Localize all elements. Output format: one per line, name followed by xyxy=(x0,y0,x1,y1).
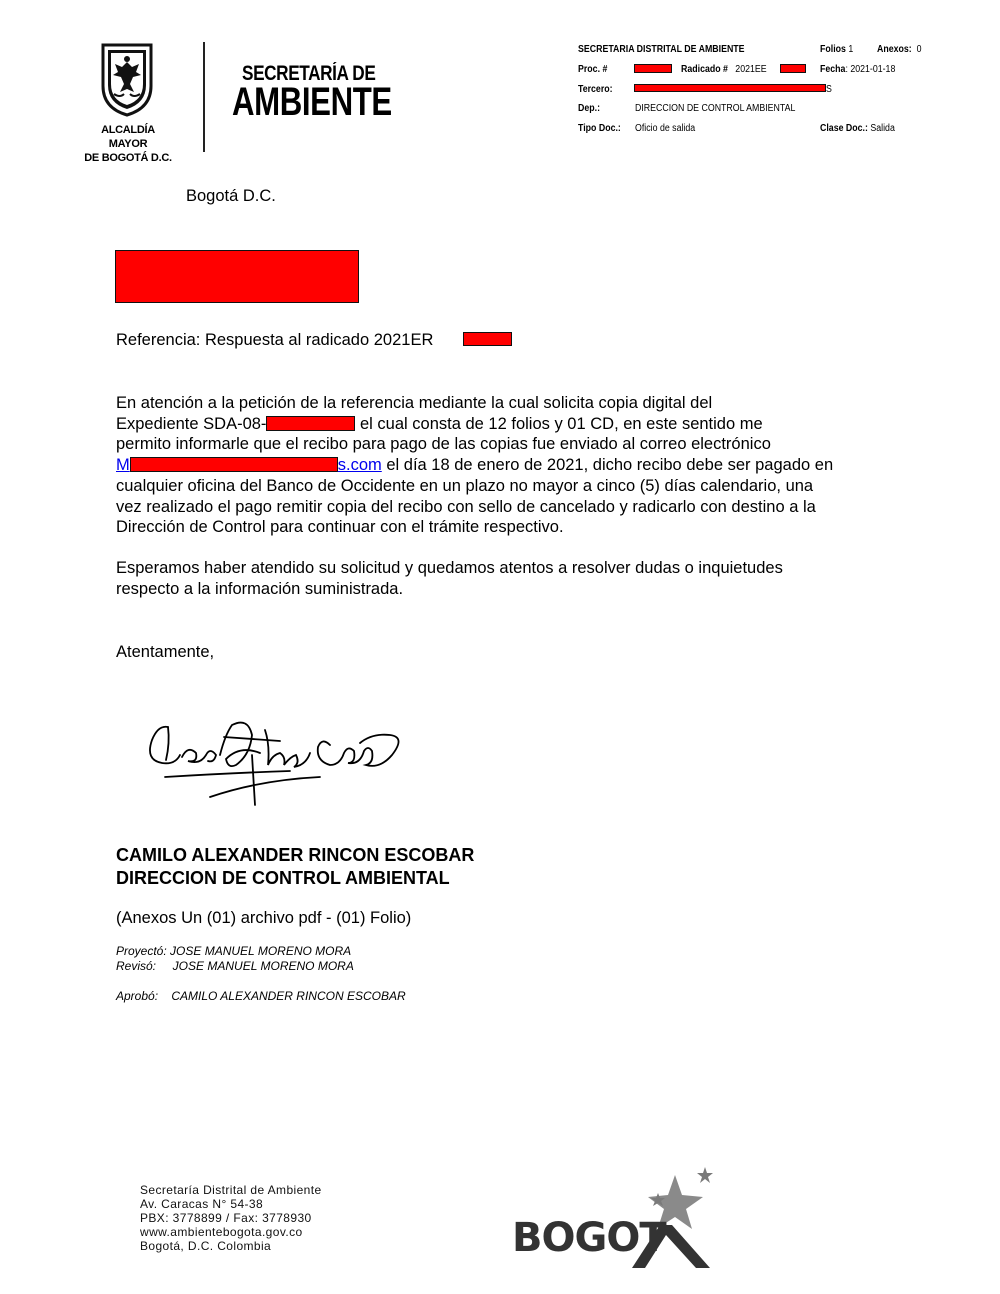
email-link[interactable]: Ms.com xyxy=(116,456,382,474)
p1-line6: vez realizado el pago remitir copia del … xyxy=(116,497,833,518)
redaction-proc xyxy=(634,64,672,73)
meta-clase-doc: Clase Doc.: Salida xyxy=(820,123,895,134)
review-block: Proyectó: JOSE MANUEL MORENO MORA Revisó… xyxy=(116,944,354,974)
proyecto-line: Proyectó: JOSE MANUEL MORENO MORA xyxy=(116,944,354,959)
p1-line2: Expediente SDA-08- el cual consta de 12 … xyxy=(116,414,833,435)
handwritten-signature-icon xyxy=(140,715,430,810)
alcaldia-line2: DE BOGOTÁ D.C. xyxy=(82,151,174,165)
secretaria-logo-line2: AMBIENTE xyxy=(232,80,392,125)
p1-line3: permito informarle que el recibo para pa… xyxy=(116,434,833,455)
letter-reference: Referencia: Respuesta al radicado 2021ER xyxy=(116,330,433,351)
aprobo-line: Aprobó: CAMILO ALEXANDER RINCON ESCOBAR xyxy=(116,989,406,1004)
footer-address-line: Bogotá, D.C. Colombia xyxy=(140,1239,322,1253)
meta-anexos: Anexos: 0 xyxy=(877,44,922,55)
reviso-line: Revisó: JOSE MANUEL MORENO MORA xyxy=(116,959,354,974)
meta-tercero-suffix: S xyxy=(826,84,832,95)
meta-tercero-label: Tercero: xyxy=(578,84,613,95)
redaction-reference xyxy=(463,332,512,346)
signer-name: CAMILO ALEXANDER RINCON ESCOBAR xyxy=(116,844,474,867)
redaction-radicado xyxy=(780,64,806,73)
footer-address-line: PBX: 3778899 / Fax: 3778930 xyxy=(140,1211,322,1225)
meta-entity: SECRETARIA DISTRITAL DE AMBIENTE xyxy=(578,44,745,55)
meta-proc-label: Proc. # xyxy=(578,64,607,75)
p1-line5: cualquier oficina del Banco de Occidente… xyxy=(116,476,833,497)
footer-website: www.ambientebogota.gov.co xyxy=(140,1225,322,1239)
redaction-tercero xyxy=(634,84,826,92)
letter-city: Bogotá D.C. xyxy=(186,186,276,207)
redaction-recipient xyxy=(115,250,359,303)
paragraph-1: En atención a la petición de la referenc… xyxy=(116,393,833,538)
annexes-note: (Anexos Un (01) archivo pdf - (01) Folio… xyxy=(116,908,411,929)
bogota-coat-of-arms-icon xyxy=(100,42,154,117)
letter-closing: Atentamente, xyxy=(116,642,214,663)
p2-line2: respecto a la información suministrada. xyxy=(116,579,783,600)
alcaldia-line1: ALCALDÍA MAYOR xyxy=(82,123,174,151)
signer-department: DIRECCION DE CONTROL AMBIENTAL xyxy=(116,867,474,890)
meta-tipo-doc-label: Tipo Doc.: xyxy=(578,123,621,134)
footer-address-line: Av. Caracas N° 54-38 xyxy=(140,1197,322,1211)
p1-line4: Ms.com el día 18 de enero de 2021, dicho… xyxy=(116,455,833,476)
alcaldia-logo-text: ALCALDÍA MAYOR DE BOGOTÁ D.C. xyxy=(82,123,174,165)
redaction-email xyxy=(130,457,338,472)
p1-line1: En atención a la petición de la referenc… xyxy=(116,393,833,414)
logo-divider xyxy=(203,42,205,152)
p1-line7: Dirección de Control para continuar con … xyxy=(116,517,833,538)
meta-dep-value: DIRECCION DE CONTROL AMBIENTAL xyxy=(635,103,795,114)
meta-fecha: Fecha: 2021-01-18 xyxy=(820,64,895,75)
meta-tipo-doc-value: Oficio de salida xyxy=(635,123,695,134)
bogota-stars-logo-icon: BOGOT xyxy=(510,1165,715,1270)
p2-line1: Esperamos haber atendido su solicitud y … xyxy=(116,558,783,579)
meta-radicado: Radicado # 2021EE xyxy=(681,64,767,75)
meta-folios: Folios 1 xyxy=(820,44,853,55)
paragraph-2: Esperamos haber atendido su solicitud y … xyxy=(116,558,783,599)
footer-address-line: Secretaría Distrital de Ambiente xyxy=(140,1183,322,1197)
bogota-logo-text: BOGOT xyxy=(512,1215,666,1261)
footer-address: Secretaría Distrital de Ambiente Av. Car… xyxy=(140,1183,322,1253)
redaction-expediente xyxy=(266,416,355,431)
signer-block: CAMILO ALEXANDER RINCON ESCOBAR DIRECCIO… xyxy=(116,844,474,890)
meta-dep-label: Dep.: xyxy=(578,103,600,114)
